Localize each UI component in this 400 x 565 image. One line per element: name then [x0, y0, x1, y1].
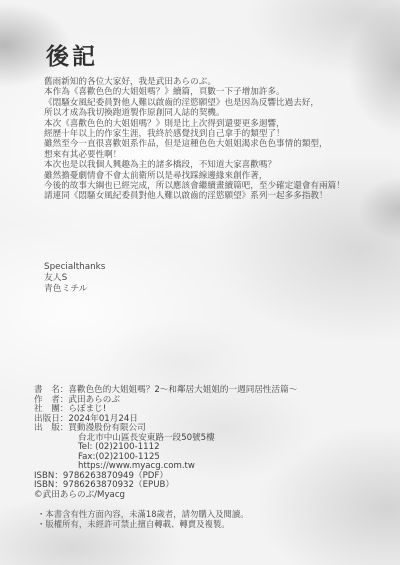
- afterword-line: 經歷十年以上的作家生涯，我終於感覺找到自己拿手的類型了！: [44, 129, 345, 139]
- page-title: 後記: [46, 38, 98, 71]
- afterword-line: 今後的故事大綱也已經完成，所以應該會繼續畫續篇吧，至少確定還會有兩篇！: [44, 181, 345, 191]
- afterword-line: 雖然擔憂劇情會不會太前衛所以是尋找踩線邊緣來創作著，: [44, 171, 345, 181]
- afterword-line: 雖然至今一直很喜歡姐系作品，但是這種色色大姐姐渴求色色事情的類型，: [44, 139, 345, 149]
- colophon-copyright: ©武田あらのぶ/Myacg: [34, 491, 297, 501]
- special-thanks-heading: Specialthanks: [44, 262, 105, 273]
- colophon-tel: Tel: (02)2100-1112: [34, 443, 297, 453]
- special-thanks: Specialthanks 友人S 青色ミチル: [44, 262, 105, 295]
- afterword-line: 舊雨新知的各位大家好，我是武田あらのぶ。: [44, 77, 345, 87]
- afterword-line: 請連同《悶騷女風紀委員對他人難以啟齒的淫慾願望》系列一起多多指教！: [44, 191, 345, 201]
- afterword-line: 《悶騷女風紀委員對他人難以啟齒的淫慾願望》也是因為反響比過去好，: [44, 98, 345, 108]
- afterword-line: 想來有其必要性啊！: [44, 150, 345, 160]
- afterword-line: 本作為《喜歡色色的大姐姐嗎？》續篇，頁數一下子增加許多。: [44, 87, 345, 97]
- afterword-line: 本次《喜歡色色的大姐姐嗎？》則是比上次得到還要更多迴響，: [44, 119, 345, 129]
- special-thanks-name: 友人S: [44, 273, 105, 284]
- special-thanks-name: 青色ミチル: [44, 284, 105, 295]
- colophon: 書 名：喜歡色色的大姐姐嗎？2～和鄰居大姐姐的一週同居性活篇～ 作 者：武田あら…: [34, 386, 297, 500]
- afterword-paragraph: 舊雨新知的各位大家好，我是武田あらのぶ。 本作為《喜歡色色的大姐姐嗎？》續篇，頁…: [44, 77, 345, 202]
- afterword-line: 所以才成為我切換跑道製作原創同人誌的契機。: [44, 108, 345, 118]
- notice-line: ・版權所有，未經許可禁止擅自轉載、轉賣及複製。: [37, 520, 249, 530]
- afterword-line: 本次也是以我個人興趣為主的諸多橋段，不知道大家喜歡嗎？: [44, 160, 345, 170]
- colophon-address: 台北市中山區長安東路一段50號5樓: [34, 434, 297, 444]
- afterword-page: 後記 舊雨新知的各位大家好，我是武田あらのぶ。 本作為《喜歡色色的大姐姐嗎？》續…: [0, 0, 400, 565]
- notices: ・本書含有性方面內容，未滿18歲者，請勿購入及閱讀。 ・版權所有，未經許可禁止擅…: [37, 510, 249, 530]
